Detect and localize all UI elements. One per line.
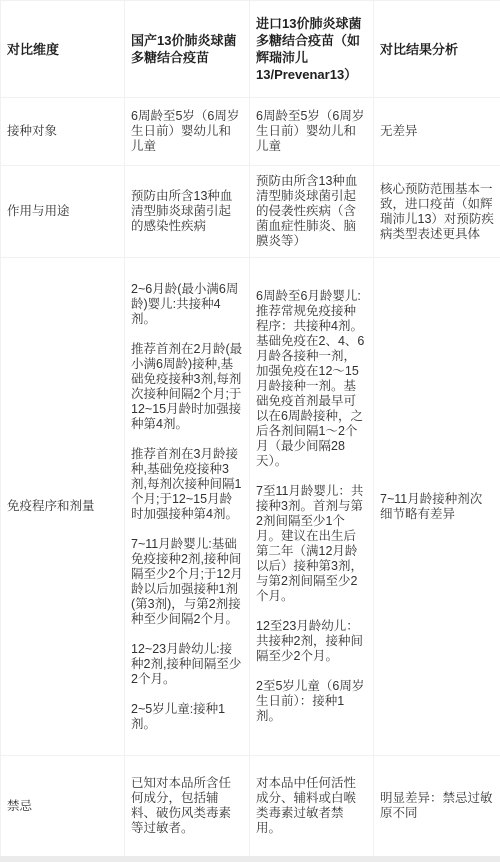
cell-imported: 6周龄至6月龄婴儿:推荐常规免疫接种程序：共接种4剂。基础免疫在2、4、6月龄各…	[250, 258, 374, 756]
cell-analysis: 7~11月龄接种剂次细节略有差异	[374, 258, 500, 756]
cell-dimension: 接种对象	[1, 98, 125, 166]
header-cell-imported-vaccine: 进口13价肺炎球菌多糖结合疫苗（如辉瑞沛儿13/Prevenar13）	[250, 1, 374, 98]
table-row-function-usage: 作用与用途 预防由所含13种血清型肺炎球菌引起的感染性疾病 预防由所含13种血清…	[1, 166, 500, 258]
table-row-contraindications: 禁忌 已知对本品所含任何成分，包括辅料、破伤风类毒素等过敏者。 对本品中任何活性…	[1, 756, 500, 857]
header-cell-analysis: 对比结果分析	[374, 1, 500, 98]
cell-dimension: 禁忌	[1, 756, 125, 857]
header-cell-domestic-vaccine: 国产13价肺炎球菌多糖结合疫苗	[125, 1, 250, 98]
cell-imported: 6周龄至5岁（6周岁生日前）婴幼儿和儿童	[250, 98, 374, 166]
table-row-immunization-schedule: 免疫程序和剂量 2~6月龄(最小满6周龄)婴儿:共接种4剂。 推荐首剂在2月龄(…	[1, 258, 500, 756]
table-header-row: 对比维度 国产13价肺炎球菌多糖结合疫苗 进口13价肺炎球菌多糖结合疫苗（如辉瑞…	[1, 1, 500, 98]
cell-analysis: 明显差异：禁忌过敏原不同	[374, 756, 500, 857]
cell-dimension: 作用与用途	[1, 166, 125, 258]
cell-domestic: 2~6月龄(最小满6周龄)婴儿:共接种4剂。 推荐首剂在2月龄(最小满6周龄)接…	[125, 258, 250, 756]
cell-imported: 预防由所含13种血清型肺炎球菌引起的侵袭性疾病（含菌血症性肺炎、脑膜炎等）	[250, 166, 374, 258]
cell-domestic: 预防由所含13种血清型肺炎球菌引起的感染性疾病	[125, 166, 250, 258]
cell-domestic: 6周龄至5岁（6周岁生日前）婴幼儿和儿童	[125, 98, 250, 166]
cell-domestic: 已知对本品所含任何成分，包括辅料、破伤风类毒素等过敏者。	[125, 756, 250, 857]
vaccine-comparison-panel: 对比维度 国产13价肺炎球菌多糖结合疫苗 进口13价肺炎球菌多糖结合疫苗（如辉瑞…	[0, 0, 500, 856]
table-row-vaccination-target: 接种对象 6周龄至5岁（6周岁生日前）婴幼儿和儿童 6周龄至5岁（6周岁生日前）…	[1, 98, 500, 166]
cell-analysis: 核心预防范围基本一致，进口疫苗（如辉瑞沛儿13）对预防疾病类型表述更具体	[374, 166, 500, 258]
cell-analysis: 无差异	[374, 98, 500, 166]
header-cell-dimension: 对比维度	[1, 1, 125, 98]
cell-imported: 对本品中任何活性成分、辅料或白喉类毒素过敏者禁用。	[250, 756, 374, 857]
cell-dimension: 免疫程序和剂量	[1, 258, 125, 756]
comparison-table: 对比维度 国产13价肺炎球菌多糖结合疫苗 进口13价肺炎球菌多糖结合疫苗（如辉瑞…	[0, 0, 500, 856]
